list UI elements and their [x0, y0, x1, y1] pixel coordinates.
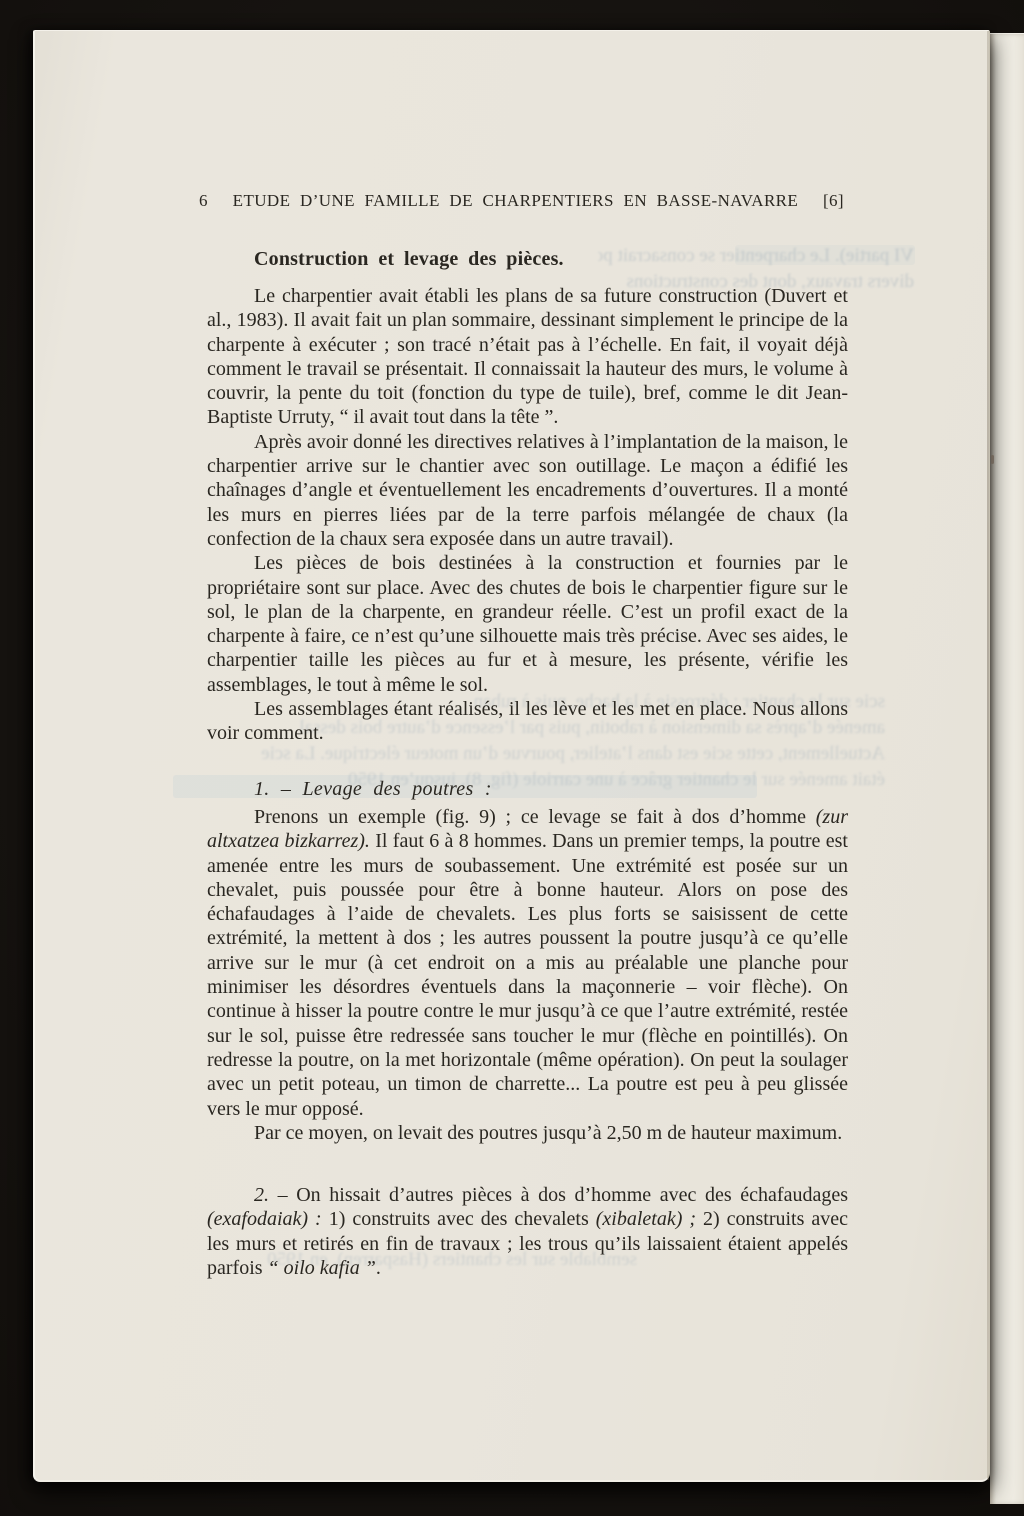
subsection-heading: 1. – Levage des poutres :: [207, 777, 848, 801]
text-run: 2. –: [254, 1184, 288, 1206]
text-run: 1. – Levage des poutres :: [254, 778, 492, 800]
text-run: 1) construits avec des chevalets: [322, 1208, 596, 1230]
page-number: 6: [199, 191, 208, 211]
running-header-title: ETUDE D’UNE FAMILLE DE CHARPENTIERS EN B…: [208, 191, 823, 211]
scanner-background: { "scan": { "background_color": "#161310…: [0, 0, 1024, 1516]
page-crease: [987, 31, 989, 1480]
text-block: Le charpentier avait établi les plans de…: [207, 284, 848, 1280]
scanned-book-page: VI partie). Le charpentier se consacrait…: [33, 30, 990, 1482]
paragraph: Les assemblages étant réalisés, il les l…: [207, 697, 848, 746]
text-run: Les pièces de bois destinées à la constr…: [207, 552, 848, 695]
text-run: On hissait d’autres pièces à dos d’homme…: [288, 1184, 848, 1206]
paragraph: Par ce moyen, on levait des poutres jusq…: [207, 1121, 848, 1145]
book-next-page-edge: [990, 33, 1024, 1504]
text-run: Prenons un exemple (fig. 9) ; ce levage …: [254, 806, 816, 828]
paragraph: Après avoir donné les directives relativ…: [207, 430, 848, 551]
text-run: (exafodaiak) :: [207, 1208, 322, 1230]
text-run: Le charpentier avait établi les plans de…: [207, 285, 848, 428]
text-run: Il faut 6 à 8 hommes. Dans un premier te…: [207, 830, 848, 1119]
page-content: 6 ETUDE D’UNE FAMILLE DE CHARPENTIERS EN…: [207, 31, 848, 1280]
text-run: Par ce moyen, on levait des poutres jusq…: [254, 1122, 842, 1144]
paragraph: Prenons un exemple (fig. 9) ; ce levage …: [207, 805, 848, 1121]
section-title: Construction et levage des pièces.: [207, 248, 848, 271]
issue-number: [6]: [823, 191, 844, 211]
text-run: .: [376, 1257, 381, 1279]
paragraph: 2. – On hissait d’autres pièces à dos d’…: [207, 1183, 848, 1280]
paper-speck: [991, 455, 994, 464]
text-run: Après avoir donné les directives relativ…: [207, 431, 848, 550]
running-header: 6 ETUDE D’UNE FAMILLE DE CHARPENTIERS EN…: [207, 191, 848, 211]
paragraph: Le charpentier avait établi les plans de…: [207, 284, 848, 430]
text-run: Les assemblages étant réalisés, il les l…: [207, 698, 848, 744]
text-run: “ oilo kafia ”: [268, 1257, 376, 1279]
paragraph: Les pièces de bois destinées à la constr…: [207, 551, 848, 697]
text-run: (xibaletak) ;: [596, 1208, 696, 1230]
